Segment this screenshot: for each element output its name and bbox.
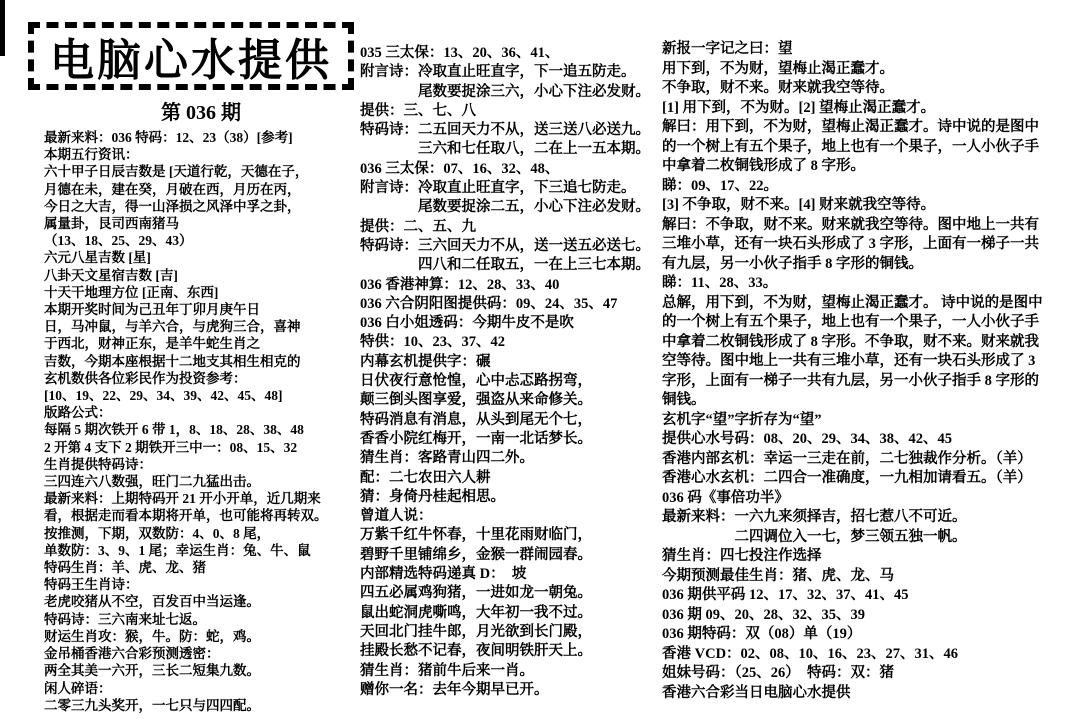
text-line: 玄机数供各位彩民作为投资参考： xyxy=(44,370,358,387)
text-line: 本期开奖时间为己丑年丁卯月庚午日 xyxy=(44,301,358,318)
text-line: 最新来料：上期特码开 21 开小开单，近几期来 xyxy=(44,490,358,507)
text-line: 版路公式： xyxy=(44,404,358,421)
text-line: 六十甲子日辰吉数是 [天道行乾，天德在子， xyxy=(44,163,358,180)
text-line: 提供心水号码：08、20、29、34、38、42、45 xyxy=(662,430,1064,450)
right-column-lines: 新报一字记之曰：望用下到，不为财，望梅止渴正蠢才。不争取，财不来。财来就我空等待… xyxy=(662,40,1064,703)
text-line: [10、19、22、29、34、39、42、45、48] xyxy=(44,387,358,404)
text-line: 036 六合阴阳图提供码：09、24、35、47 xyxy=(360,295,662,314)
text-line: 尾数要捉涂三六，小心下注必发财。 xyxy=(360,83,662,102)
text-line: 二四调位入一七，梦三领五独一帆。 xyxy=(662,528,1064,548)
text-line: 最新来料：036 特码：12、23（38）[参考] xyxy=(44,129,358,146)
text-line: [1] 用下到，不为财。[2] 望梅止渴正蠢才。 xyxy=(662,99,1064,119)
left-column: 第 036 期 最新来料：036 特码：12、23（38）[参考]本期五行资讯：… xyxy=(44,96,358,714)
text-line: 特供：10、23、37、42 xyxy=(360,333,662,352)
text-line: 中拿着二枚铜钱形成了 8 字形。不争取，财不来。财来就我 xyxy=(662,333,1064,353)
text-line: 三堆小草，还有一块石头形成了 3 字形，上面有一梯子一共 xyxy=(662,235,1064,255)
text-line: 香港内部玄机：幸运一三走在前，二七独裁作分析。（羊） xyxy=(662,450,1064,470)
text-line: [3] 不争取，财不来。[4] 财来就我空等待。 xyxy=(662,196,1064,216)
text-line: 六元八星吉数 [星] xyxy=(44,249,358,266)
middle-column-lines: 035 三太保：13、20、36、41、附言诗：冷取直止旺直字，下一追五防走。 … xyxy=(360,44,662,700)
text-line: 按推测，下期，双数防：4、0、8 尾， xyxy=(44,525,358,542)
text-line: 特码诗：二五回天力不从，送三送八必送九。 xyxy=(360,121,662,140)
text-line: 036 白小姐透码：今期牛皮不是吹 xyxy=(360,314,662,333)
text-line: 猜生肖：猪前牛后来一肖。 xyxy=(360,662,662,681)
title-box: 电脑心水提供 xyxy=(28,22,354,90)
text-line: 碧野千里铺绵乡，金猴一群闹园春。 xyxy=(360,546,662,565)
text-line: 四五必属鸡狗猪，一进如龙一朝兔。 xyxy=(360,584,662,603)
page-edge-mark xyxy=(0,0,5,56)
text-line: 提供：二、五、九 xyxy=(360,218,662,237)
text-line: 的一个树上有五个果子，地上也有一个果子，一人小伙子手 xyxy=(662,313,1064,333)
text-line: 尾数要捉涂二五，小心下注必发财。 xyxy=(360,198,662,217)
text-line: 姐妹号码：（25、26） 特码：双：猪 xyxy=(662,664,1064,684)
text-line: 特码诗：三六南来址七返。 xyxy=(44,611,358,628)
text-line: 内幕玄机提供字：碾 xyxy=(360,353,662,372)
text-line: 036 期特码：双（08）单（19） xyxy=(662,625,1064,645)
text-line: 香港 VCD：02、08、10、16、23、27、31、46 xyxy=(662,645,1064,665)
text-line: 附言诗：冷取直止旺直字，下三追七防走。 xyxy=(360,179,662,198)
text-line: 十天干地理方位 [正南、东西] xyxy=(44,284,358,301)
text-line: 天回北门挂牛郎，月光欲到长门殿， xyxy=(360,623,662,642)
text-line: 三四连六八数强，旺门二九猛出击。 xyxy=(44,473,358,490)
text-line: 看，根据走而看本期将开单，也可能将再转双。 xyxy=(44,507,358,524)
text-line: 属量卦，艮司西南猪马 xyxy=(44,215,358,232)
text-line: 配：二七农田六人耕 xyxy=(360,469,662,488)
text-line: 两全其美一六开，三长二短集九数。 xyxy=(44,662,358,679)
text-line: 月德在未，建在癸，月破在西，月历在丙， xyxy=(44,181,358,198)
text-line: 附言诗：冷取直止旺直字，下一追五防走。 xyxy=(360,63,662,82)
text-line: 总解，用下到，不为财，望梅止渴正蠢才。 诗中说的是图中 xyxy=(662,294,1064,314)
text-line: 特码生肖：羊、虎、龙、猪 xyxy=(44,559,358,576)
text-line: 内部精选特码递真 D： 坡 xyxy=(360,565,662,584)
text-line: 吉数，今期本座根据十二地支其相生相克的 xyxy=(44,353,358,370)
text-line: 老虎咬猪从不空，百发百中当运逢。 xyxy=(44,593,358,610)
text-line: 猜生肖：客路青山四二外。 xyxy=(360,449,662,468)
text-line: 生肖提供特码诗： xyxy=(44,456,358,473)
text-line: 新报一字记之曰：望 xyxy=(662,40,1064,60)
text-line: 不争取，财不来。财来就我空等待。 xyxy=(662,79,1064,99)
text-line: 鼠出蛇洞虎嘶鸣，大年初一我不过。 xyxy=(360,604,662,623)
text-line: 解曰：用下到，不为财，望梅止渴正蠢才。诗中说的是图中 xyxy=(662,118,1064,138)
text-line: 曾道人说： xyxy=(360,507,662,526)
text-line: 中拿着二枚铜钱形成了 8 字形。 xyxy=(662,157,1064,177)
text-line: 日伏夜行意怆惶，心中忐忑路拐弯， xyxy=(360,372,662,391)
text-line: 今期预测最佳生肖：猪、虎、龙、马 xyxy=(662,567,1064,587)
text-line: 036 期供平码 12、17、32、37、41、45 xyxy=(662,586,1064,606)
text-line: 用下到，不为财，望梅止渴正蠢才。 xyxy=(662,60,1064,80)
text-line: 有九层，另一小伙子指手 8 字形的铜钱。 xyxy=(662,255,1064,275)
text-line: 字形，上面有一梯子一共有九层，另一小伙子指手 8 字形的 xyxy=(662,372,1064,392)
text-line: 挂殿长愁不记春，夜间明铁肝天上。 xyxy=(360,642,662,661)
text-line: 八卦天文星宿吉数 [吉] xyxy=(44,267,358,284)
text-line: 的一个树上有五个果子，地上也有一个果子，一人小伙子手 xyxy=(662,138,1064,158)
text-line: 本期五行资讯： xyxy=(44,146,358,163)
text-line: 三六和七任取八，二在上一五本期。 xyxy=(360,140,662,159)
text-line: 香港心水玄机：二四合一准确度，一九相加请看五。（羊） xyxy=(662,469,1064,489)
text-line: 于西北，财神正东，是羊牛蛇生肖之 xyxy=(44,335,358,352)
text-line: 今日之大吉，得一山泽损之风泽中孚之卦， xyxy=(44,198,358,215)
text-line: 036 香港神算：12、28、33、40 xyxy=(360,276,662,295)
text-line: 猜生肖：四七投注作选择 xyxy=(662,547,1064,567)
text-line: 闲人碎语： xyxy=(44,680,358,697)
middle-column: 035 三太保：13、20、36、41、附言诗：冷取直止旺直字，下一追五防走。 … xyxy=(360,44,662,700)
text-line: 猜：身倚丹桂起相思。 xyxy=(360,488,662,507)
text-line: 036 三太保：07、16、32、48、 xyxy=(360,160,662,179)
text-line: 每隔 5 期次铁开 6 带 1，8、18、28、38、48 xyxy=(44,421,358,438)
text-line: 金吊桶香港六合彩预测透密： xyxy=(44,645,358,662)
text-line: 035 三太保：13、20、36、41、 xyxy=(360,44,662,63)
right-column: 新报一字记之曰：望用下到，不为财，望梅止渴正蠢才。不争取，财不来。财来就我空等待… xyxy=(662,40,1064,703)
text-line: 特码王生肖诗： xyxy=(44,576,358,593)
text-line: 036 码《事倍功半》 xyxy=(662,489,1064,509)
text-line: 赠你一名：去年今期早已开。 xyxy=(360,681,662,700)
text-line: （13、18、25、29、43） xyxy=(44,232,358,249)
text-line: 解曰：不争取，财不来。财来就我空等待。图中地上一共有 xyxy=(662,216,1064,236)
text-line: 睇：09、17、22。 xyxy=(662,177,1064,197)
text-line: 特码消息有消息，从头到尾无个七， xyxy=(360,411,662,430)
text-line: 2 开第 4 支下 2 期铁开三中一：08、15、32 xyxy=(44,439,358,456)
text-line: 颠三倒头图享爱，强盗从来命修关。 xyxy=(360,391,662,410)
text-line: 提供：三、七、八 xyxy=(360,102,662,121)
text-line: 日，马冲鼠，与羊六合，与虎狗三合，喜神 xyxy=(44,318,358,335)
text-line: 单数防：3、9、1 尾；幸运生肖：兔、牛、鼠 xyxy=(44,542,358,559)
page-title: 电脑心水提供 xyxy=(50,24,332,88)
text-line: 二零三九头奖开，一七只与四四配。 xyxy=(44,697,358,714)
text-line: 香香小院红梅开，一南一北话梦长。 xyxy=(360,430,662,449)
text-line: 空等待。图中地上一共有三堆小草，还有一块石头形成了 3 xyxy=(662,352,1064,372)
text-line: 最新来料：一六九来须择吉，招七惹八不可近。 xyxy=(662,508,1064,528)
text-line: 四八和二任取五，一在上三七本期。 xyxy=(360,256,662,275)
text-line: 特码诗：三六回天力不从，送一送五必送七。 xyxy=(360,237,662,256)
text-line: 睇：11、28、33。 xyxy=(662,274,1064,294)
left-column-lines: 最新来料：036 特码：12、23（38）[参考]本期五行资讯：六十甲子日辰吉数… xyxy=(44,129,358,714)
text-line: 铜钱。 xyxy=(662,391,1064,411)
text-line: 036 期 09、20、28、32、35、39 xyxy=(662,606,1064,626)
text-line: 香港六合彩当日电脑心水提供 xyxy=(662,684,1064,704)
text-line: 财运生肖攻：猴，牛。防：蛇，鸡。 xyxy=(44,628,358,645)
text-line: 玄机字“望”字折存为“望” xyxy=(662,411,1064,431)
issue-heading: 第 036 期 xyxy=(44,96,358,125)
text-line: 万紫千红牛怀春，十里花雨财临门， xyxy=(360,526,662,545)
